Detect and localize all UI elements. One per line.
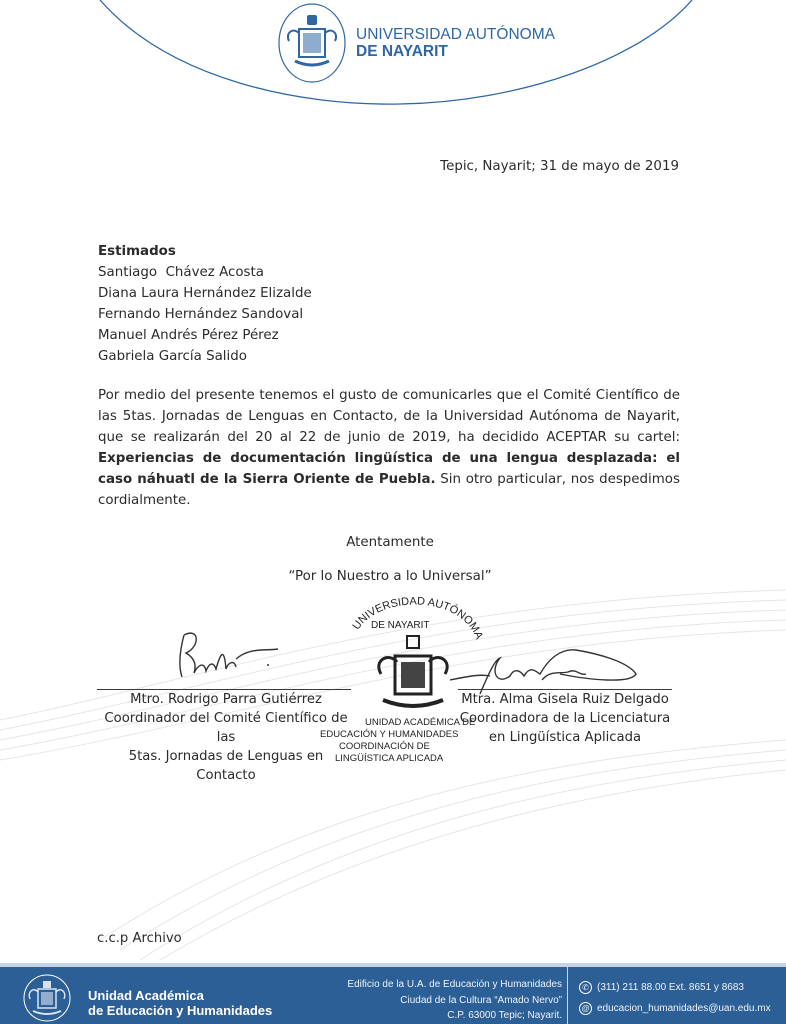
stamp-line: EDUCACIÓN Y HUMANIDADES xyxy=(320,729,458,741)
body-intro: Por medio del presente tenemos el gusto … xyxy=(98,388,680,445)
place-date: Tepic, Nayarit; 31 de mayo de 2019 xyxy=(440,157,679,177)
signature-block-program: Mtra. Alma Gisela Ruiz Delgado Coordinad… xyxy=(448,690,682,747)
recipient: Gabriela García Salido xyxy=(98,346,312,367)
unit-seal-icon xyxy=(22,973,72,1023)
recipient: Santiago Chávez Acosta xyxy=(98,262,312,283)
footer-unit-name: Unidad Académica de Educación y Humanida… xyxy=(88,988,272,1018)
email-icon: @ xyxy=(579,1002,592,1015)
phone-number: (311) 211 88.00 Ext. 8651 y 8683 xyxy=(597,982,744,993)
unit-name-line: Unidad Académica xyxy=(88,988,272,1003)
recipient: Fernando Hernández Sandoval xyxy=(98,304,312,325)
footer-address: Edificio de la U.A. de Educación y Human… xyxy=(347,977,562,1024)
stamp-line: COORDINACIÓN DE xyxy=(339,741,430,753)
carbon-copy: c.c.p Archivo xyxy=(97,931,182,946)
university-seal-icon xyxy=(277,3,347,83)
recipient: Manuel Andrés Pérez Pérez xyxy=(98,325,312,346)
signature-block-coordinator: Mtro. Rodrigo Parra Gutiérrez Coordinado… xyxy=(97,690,355,785)
salutation: Estimados xyxy=(98,241,312,262)
footer-phone: ✆ (311) 211 88.00 Ext. 8651 y 8683 xyxy=(579,981,744,994)
signatory-name: Mtro. Rodrigo Parra Gutiérrez xyxy=(97,690,355,709)
recipient: Diana Laura Hernández Elizalde xyxy=(98,283,312,304)
signatory-title: 5tas. Jornadas de Lenguas en Contacto xyxy=(97,747,355,785)
institution-name-state: DE NAYARIT xyxy=(356,43,448,61)
address-line: Edificio de la U.A. de Educación y Human… xyxy=(347,977,562,993)
signatory-title: Coordinadora de la Licenciatura xyxy=(448,709,682,728)
stamp-seal-icon xyxy=(373,634,453,714)
signature-rodrigo xyxy=(170,625,290,685)
footer-band: Unidad Académica de Educación y Humanida… xyxy=(0,967,786,1024)
recipient-block: Estimados Santiago Chávez Acosta Diana L… xyxy=(98,241,312,367)
valediction: Atentamente xyxy=(250,535,530,550)
footer-divider xyxy=(567,967,568,1024)
signatory-title: en Lingüística Aplicada xyxy=(448,728,682,747)
address-line: Ciudad de la Cultura “Amado Nervo” xyxy=(347,993,562,1009)
signatory-title: Coordinador del Comité Científico de las xyxy=(97,709,355,747)
unit-name-line: de Educación y Humanidades xyxy=(88,1003,272,1018)
email-address[interactable]: educacion_humanidades@uan.edu.mx xyxy=(597,1003,771,1014)
institution-name: UNIVERSIDAD AUTÓNOMA xyxy=(356,26,555,44)
stamp-line: LINGÜÍSTICA APLICADA xyxy=(335,753,443,765)
phone-icon: ✆ xyxy=(579,981,592,994)
stamp-nayarit: DE NAYARIT xyxy=(371,620,430,632)
letter-body: Por medio del presente tenemos el gusto … xyxy=(98,385,680,511)
signatory-name: Mtra. Alma Gisela Ruiz Delgado xyxy=(448,690,682,709)
address-line: C.P. 63000 Tepic; Nayarit. xyxy=(347,1008,562,1024)
signature-alma xyxy=(450,640,650,695)
footer-email[interactable]: @ educacion_humanidades@uan.edu.mx xyxy=(579,1002,771,1015)
